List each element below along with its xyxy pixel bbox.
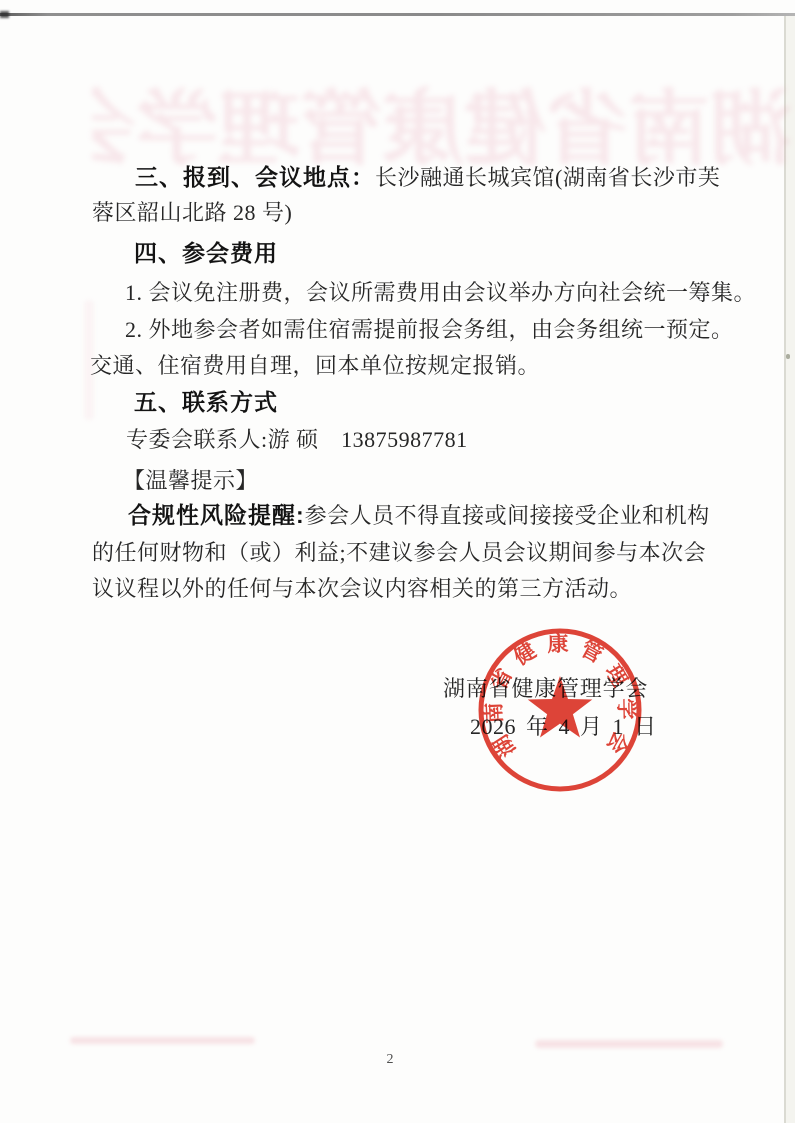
tips-title: 【温馨提示】 [123, 468, 258, 494]
ink-smudge [70, 1037, 255, 1044]
fee-item-2: 2. 外地参会者如需住宿需提前报会务组，由会务组统一预定。 [125, 317, 734, 343]
fee-item-2-continued: 交通、住宿费用自理，回本单位按规定报销。 [90, 353, 540, 379]
page-number: 2 [0, 1052, 780, 1068]
scan-speck [786, 354, 790, 359]
official-seal: 湖南省健康管理学会 [476, 625, 644, 793]
compliance-line1: 合规性风险提醒:参会人员不得直接或间接接受企业和机构 [128, 502, 710, 529]
scanned-document-page: 湖南省健康管理学会 三、报到、会议地点：长沙融通长城宾馆(湖南省长沙市芙 蓉区韶… [0, 0, 795, 1123]
compliance-heading: 合规性风险提醒: [128, 502, 305, 528]
fee-item-1: 1. 会议免注册费，会议所需费用由会议举办方向社会统一筹集。 [125, 280, 756, 306]
section-contact-heading: 五、联系方式 [134, 389, 278, 415]
scan-edge-corner [0, 11, 9, 18]
venue-heading: 三、报到、会议地点： [135, 164, 375, 190]
compliance-line2: 的任何财物和（或）利益;不建议参会人员会议期间参与本次会 [92, 540, 706, 566]
section-venue-line2: 蓉区韶山北路 28 号) [92, 200, 292, 226]
section-fee-heading: 四、参会费用 [134, 240, 278, 266]
seal-star-icon [528, 676, 593, 738]
section-venue-line1: 三、报到、会议地点：长沙融通长城宾馆(湖南省长沙市芙 [135, 164, 720, 191]
contact-person-line: 专委会联系人:游 硕 13875987781 [126, 427, 468, 453]
paper-edge-right [784, 16, 786, 1123]
scan-edge-top [0, 13, 795, 16]
compliance-line3: 议议程以外的任何与本次会议内容相关的第三方活动。 [92, 576, 632, 602]
venue-text: 长沙融通长城宾馆(湖南省长沙市芙 [375, 165, 720, 190]
scan-margin-right [786, 16, 795, 1123]
ink-smudge [535, 1040, 723, 1048]
compliance-text: 参会人员不得直接或间接接受企业和机构 [305, 503, 710, 528]
